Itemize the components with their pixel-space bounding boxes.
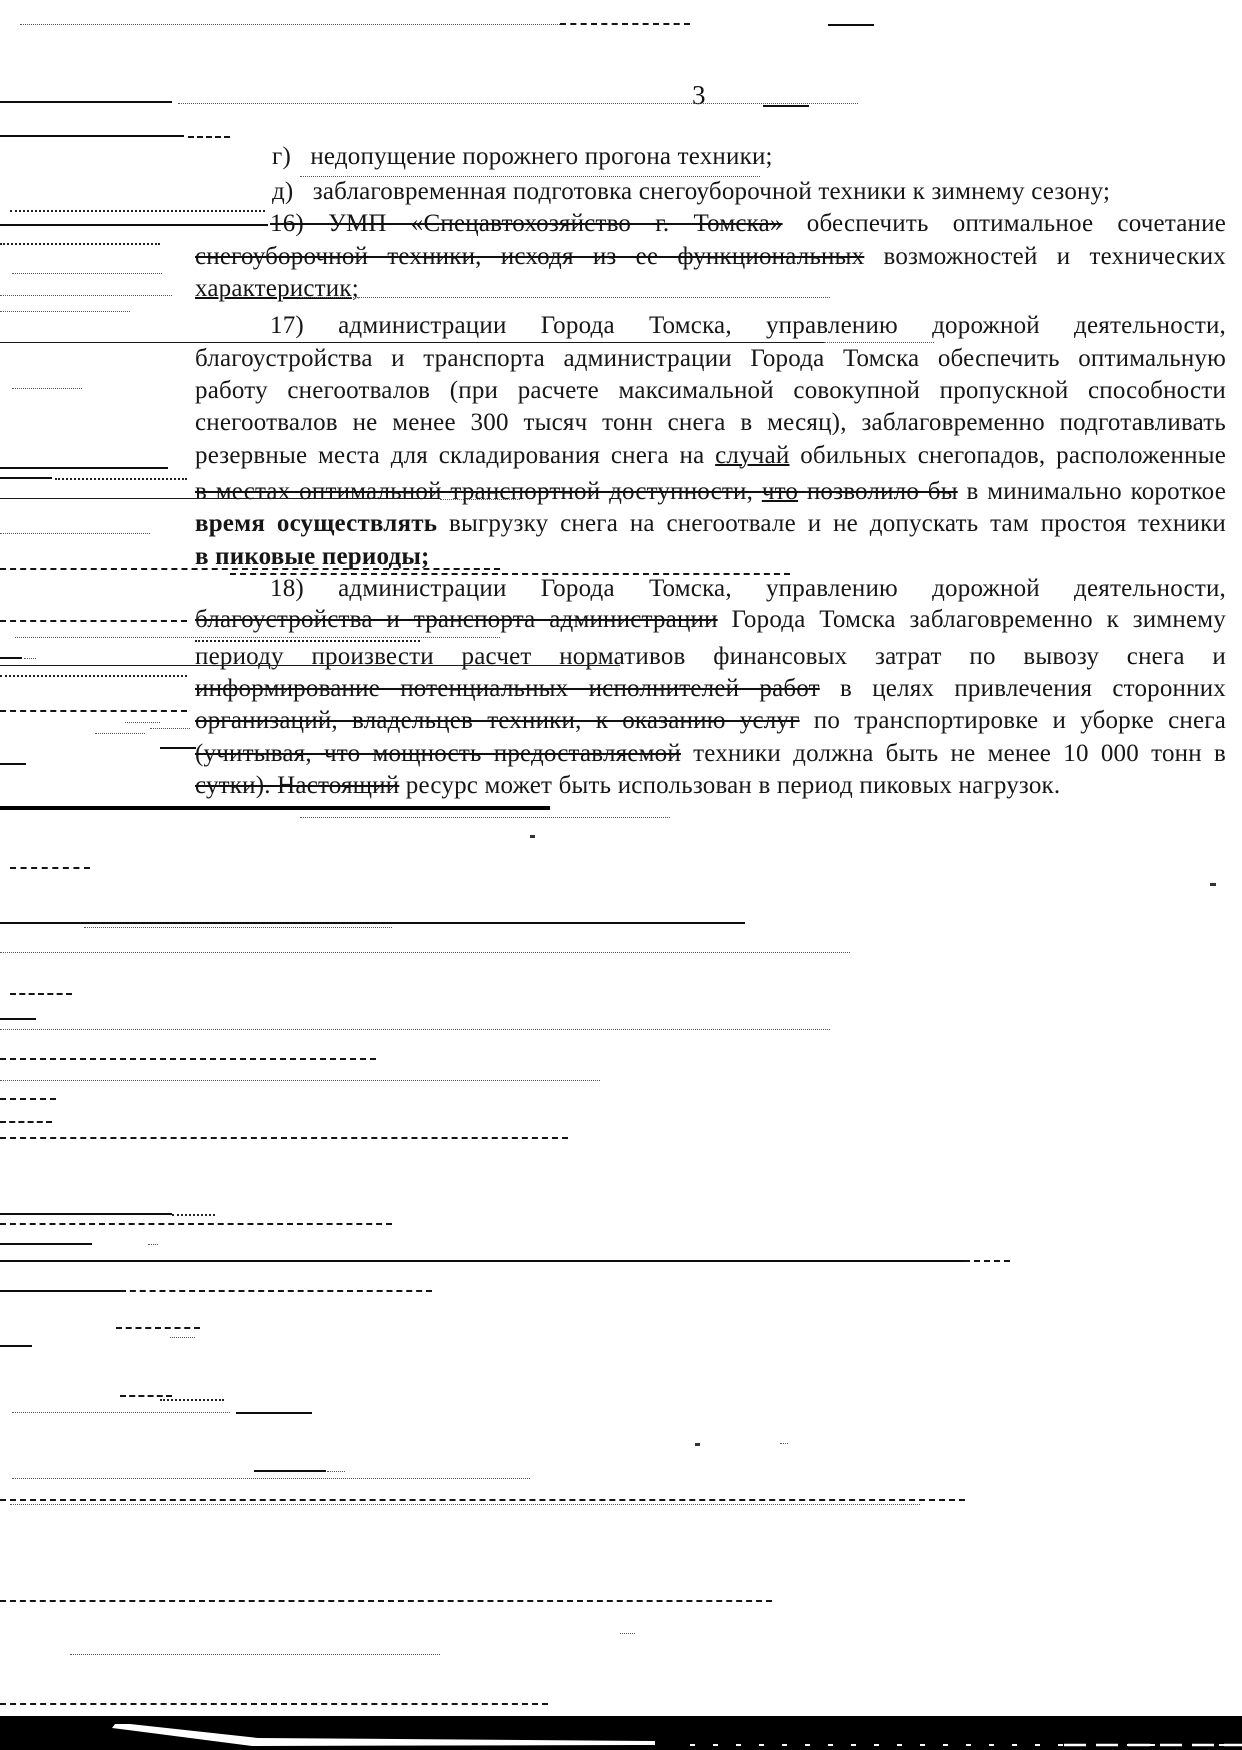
text-run: г) недопущение порожнего прогона техники… bbox=[272, 143, 773, 170]
scan-artifact-line bbox=[620, 1633, 635, 1634]
text-run: что bbox=[762, 478, 798, 505]
text-run: в пиковые периоды; bbox=[195, 543, 430, 570]
scan-artifact-line bbox=[0, 533, 150, 534]
scan-artifact-line bbox=[20, 24, 560, 25]
text-run: случай bbox=[715, 442, 789, 469]
scan-artifact-line bbox=[236, 1412, 312, 1414]
text-line: снегоотвалов не менее 300 тысяч тонн сне… bbox=[195, 409, 1226, 436]
text-line: благоустройства и транспорта администрац… bbox=[195, 606, 1226, 633]
text-line: информирование потенциальных исполнителе… bbox=[195, 675, 1226, 702]
text-line: благоустройства и транспорта администрац… bbox=[195, 345, 1226, 372]
scan-artifact-line bbox=[530, 835, 535, 838]
scan-artifact-line bbox=[12, 273, 162, 274]
scan-artifact-line bbox=[0, 806, 550, 810]
scan-artifact-line bbox=[10, 867, 90, 869]
text-run: позволило бы bbox=[807, 478, 958, 505]
scan-artifact-line bbox=[0, 101, 172, 103]
scan-artifact-line bbox=[125, 722, 160, 723]
document-page: 3 г) недопущение порожнего прогона техни… bbox=[0, 0, 1242, 1750]
scan-artifact-line bbox=[763, 105, 809, 107]
scan-artifact-line bbox=[780, 1443, 788, 1444]
scan-artifact-line bbox=[0, 1345, 32, 1347]
scan-artifact-line bbox=[0, 763, 26, 765]
scan-artifact-line bbox=[0, 1029, 830, 1030]
scan-artifact-line bbox=[0, 1499, 965, 1501]
scan-artifact-line bbox=[0, 295, 172, 296]
text-run: д) заблаговременная подготовка снегоубор… bbox=[272, 178, 1110, 205]
scan-artifact-line bbox=[84, 927, 392, 928]
scan-artifact-line bbox=[150, 728, 190, 729]
text-run: ресурс может быть использован в период п… bbox=[399, 772, 1060, 799]
scan-artifact-line bbox=[0, 1703, 548, 1705]
scan-artifact-line bbox=[0, 568, 500, 570]
text-run: 18) администрации Города Томска, управле… bbox=[270, 575, 1226, 602]
scan-artifact-line bbox=[824, 342, 934, 343]
text-line: (учитывая, что мощность предоставляемой … bbox=[195, 740, 1226, 767]
text-run: сутки). Настоящий bbox=[195, 772, 399, 799]
scan-artifact-line bbox=[0, 224, 268, 226]
text-run: техники должна быть не менее 10 000 тонн… bbox=[681, 740, 1226, 767]
text-run: работу снегоотвалов (при расчете максима… bbox=[195, 377, 1226, 404]
text-line: д) заблаговременная подготовка снегоубор… bbox=[195, 178, 1226, 205]
scan-artifact-line bbox=[160, 747, 196, 749]
scan-artifact-line bbox=[160, 1399, 224, 1401]
scan-artifact-line bbox=[188, 136, 230, 138]
text-run: 16) УМП «Спецавтохозяйство г. Томска» bbox=[270, 210, 783, 237]
text-line: время осуществлять выгрузку снега на сне… bbox=[195, 510, 1226, 537]
scan-artifact-line bbox=[230, 573, 790, 575]
scan-artifact-line bbox=[300, 176, 760, 177]
scan-artifact-line bbox=[254, 1470, 326, 1472]
scan-artifact-line bbox=[12, 388, 82, 389]
text-line: 16) УМП «Спецавтохозяйство г. Томска» об… bbox=[195, 210, 1226, 237]
scan-artifact-line bbox=[0, 1213, 172, 1215]
scan-artifact-line bbox=[0, 665, 620, 666]
text-run: Города Томска заблаговременно к зимнему bbox=[718, 606, 1226, 633]
scan-artifact-line bbox=[0, 1290, 120, 1292]
scan-artifact-line bbox=[560, 23, 690, 25]
scan-artifact-line bbox=[0, 311, 130, 312]
text-line: резервные места для складирования снега … bbox=[195, 442, 1226, 469]
scan-artifact-line bbox=[10, 210, 265, 212]
text-run: по транспортировке и уборке снега bbox=[800, 707, 1226, 734]
text-run: благоустройства и транспорта администрац… bbox=[195, 345, 1226, 372]
text-line: в местах оптимальной транспортной доступ… bbox=[195, 478, 1226, 505]
scan-artifact-line bbox=[695, 1443, 700, 1446]
scan-artifact-line bbox=[120, 1395, 172, 1397]
scan-artifact-line bbox=[327, 1471, 345, 1472]
scan-artifact-line bbox=[0, 1018, 36, 1020]
scan-artifact-line bbox=[0, 1243, 92, 1245]
text-run: в минимально короткое bbox=[958, 478, 1226, 505]
scan-artifact-line bbox=[0, 922, 745, 924]
scan-artifact-line bbox=[55, 478, 187, 480]
scan-artifact-line bbox=[195, 640, 420, 642]
text-run: резервные места для складирования снега … bbox=[195, 442, 715, 469]
scan-artifact-line bbox=[24, 658, 36, 659]
scan-artifact-line bbox=[12, 1478, 530, 1479]
scan-artifact-line bbox=[0, 657, 22, 659]
text-run: обильных снегопадов, расположенные bbox=[789, 442, 1226, 469]
scan-artifact-line bbox=[178, 103, 858, 104]
text-line: организаций, владельцев техники, к оказа… bbox=[195, 707, 1226, 734]
text-line: сутки). Настоящий ресурс может быть испо… bbox=[195, 772, 1226, 799]
text-line: работу снегоотвалов (при расчете максима… bbox=[195, 377, 1226, 404]
scan-artifact-line bbox=[10, 993, 72, 995]
scan-artifact-line bbox=[148, 1244, 158, 1245]
text-run: в местах оптимальной транспортной доступ… bbox=[195, 478, 762, 505]
scan-artifact-line bbox=[172, 1214, 215, 1216]
scan-artifact-line bbox=[170, 1337, 195, 1338]
text-run: организаций, владельцев техники, к оказа… bbox=[195, 707, 800, 734]
text-run: (учитывая, что мощность предоставляемой bbox=[195, 740, 681, 767]
text-line: г) недопущение порожнего прогона техники… bbox=[195, 143, 1226, 170]
scan-artifact-line bbox=[0, 1080, 600, 1081]
scan-artifact-line bbox=[120, 1290, 432, 1292]
scan-artifact-line bbox=[0, 1098, 56, 1100]
text-line: 17) администрации Города Томска, управле… bbox=[195, 312, 1226, 339]
text-run: выгрузку снега на снегоотвале и не допус… bbox=[437, 510, 1226, 537]
scan-bottom-bar bbox=[0, 1716, 1242, 1750]
scan-artifact-line bbox=[0, 1137, 568, 1139]
text-line: снегоуборочной техники, исходя из ее фун… bbox=[195, 243, 1226, 270]
scan-artifact-line bbox=[0, 1260, 964, 1262]
scan-artifact-line bbox=[0, 1121, 52, 1123]
text-line: в пиковые периоды; bbox=[195, 543, 1226, 570]
scan-artifact-line bbox=[964, 1260, 1010, 1262]
text-run: информирование потенциальных исполнителе… bbox=[195, 675, 820, 702]
scan-artifact-line bbox=[300, 297, 830, 298]
scan-artifact-line bbox=[0, 477, 52, 479]
scan-artifact-line bbox=[0, 710, 187, 712]
text-run: снегоуборочной техники, исходя из ее фун… bbox=[195, 243, 864, 270]
text-run: 17) администрации Города Томска, управле… bbox=[270, 312, 1226, 339]
scan-artifact-line bbox=[0, 342, 824, 343]
text-run bbox=[798, 478, 807, 505]
text-line: 18) администрации Города Томска, управле… bbox=[195, 575, 1226, 602]
scan-artifact-line bbox=[1210, 883, 1216, 886]
scan-artifact-line bbox=[0, 243, 160, 245]
scan-artifact-line bbox=[70, 1654, 440, 1655]
scan-artifact-line bbox=[10, 1504, 920, 1505]
scan-artifact-line bbox=[12, 1412, 230, 1413]
scan-artifact-line bbox=[828, 24, 874, 26]
scan-artifact-line bbox=[0, 952, 850, 953]
text-run: возможностей и технических bbox=[864, 243, 1226, 270]
text-run: благоустройства и транспорта администрац… bbox=[195, 606, 718, 633]
text-run: в целях привлечения сторонних bbox=[820, 675, 1226, 702]
scan-artifact-line bbox=[15, 637, 500, 638]
scan-artifact-line bbox=[0, 498, 440, 499]
text-run: время осуществлять bbox=[195, 510, 437, 537]
scan-artifact-line bbox=[0, 1223, 392, 1225]
scan-artifact-line bbox=[116, 1327, 200, 1329]
scan-artifact-line bbox=[0, 135, 184, 137]
scan-artifact-line bbox=[440, 499, 520, 500]
scan-artifact-line bbox=[0, 1600, 772, 1602]
scan-artifact-line bbox=[0, 620, 187, 622]
scan-artifact-line bbox=[0, 467, 168, 469]
text-run: обеспечить оптимальное сочетание bbox=[783, 210, 1226, 237]
scan-artifact-line bbox=[0, 675, 187, 677]
scan-artifact-line bbox=[95, 733, 145, 734]
text-run: снегоотвалов не менее 300 тысяч тонн сне… bbox=[195, 409, 1226, 436]
document-text-block: г) недопущение порожнего прогона техники… bbox=[195, 0, 1226, 1750]
scan-artifact-line bbox=[0, 1058, 376, 1060]
scan-artifact-line bbox=[300, 817, 670, 818]
